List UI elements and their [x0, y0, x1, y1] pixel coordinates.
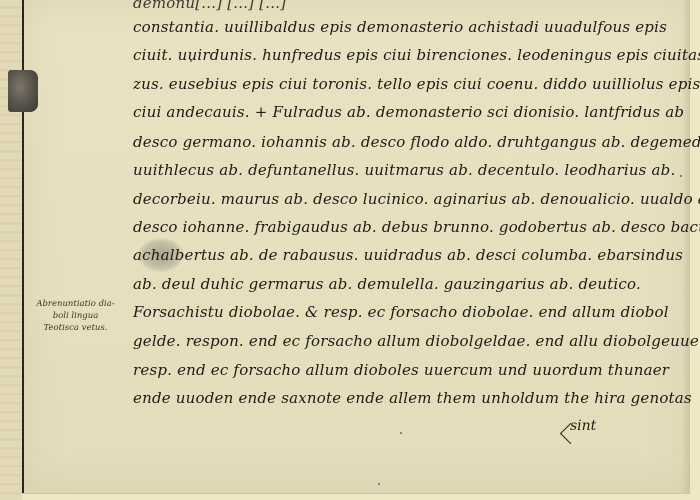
- text-line: ciuit. uuirdunis. hunfredus epis ciui bi…: [133, 46, 700, 64]
- text-line: gelde. respon. end ec forsacho allum dio…: [133, 332, 700, 350]
- text-line: ende uuoden ende saxnote ende allem them…: [133, 389, 692, 407]
- text-line: ciui andecauis. + Fulradus ab. demonaste…: [133, 103, 684, 121]
- text-line: desco iohanne. frabigaudus ab. debus bru…: [133, 218, 700, 236]
- text-line: zus. eusebius epis ciui toronis. tello e…: [133, 75, 700, 93]
- paper-fleck: [190, 60, 192, 62]
- marginal-line: Teotisca vetus.: [28, 322, 123, 334]
- text-line: achalbertus ab. de rabausus. uuidradus a…: [133, 246, 683, 264]
- metal-clasp-icon: [8, 70, 38, 112]
- paper-fleck: [680, 175, 682, 177]
- text-line: constantia. uuillibaldus epis demonaster…: [133, 18, 667, 36]
- marginal-annotation: Abrenuntiatio dia- boli lingua Teotisca …: [28, 298, 123, 334]
- text-line-abrenuntiatio-start: Forsachistu diobolae. & resp. ec forsach…: [133, 303, 669, 321]
- explicit-word: sint: [570, 418, 596, 434]
- paper-fleck: [400, 432, 402, 434]
- marginal-line: boli lingua: [28, 310, 123, 322]
- text-line: desco germano. iohannis ab. desco flodo …: [133, 133, 700, 151]
- text-line: resp. end ec forsacho allum dioboles uue…: [133, 361, 669, 379]
- text-line: ab. deul duhic germarus ab. demulella. g…: [133, 275, 641, 293]
- page-edge-shadow: [682, 0, 690, 493]
- paper-fleck: [378, 483, 380, 485]
- text-line-cut-off: demonu[...] [...] [...]: [133, 0, 286, 12]
- text-line: decorbeiu. maurus ab. desco lucinico. ag…: [133, 190, 700, 208]
- marginal-line: Abrenuntiatio dia-: [28, 298, 123, 310]
- text-line: uuithlecus ab. defuntanellus. uuitmarus …: [133, 161, 675, 179]
